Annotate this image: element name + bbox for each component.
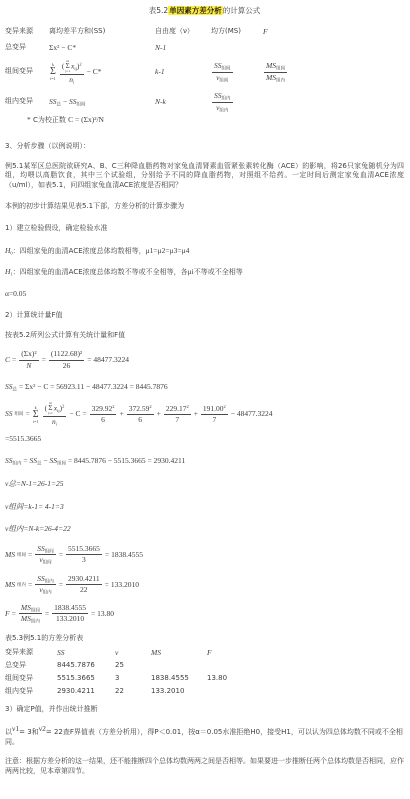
- outer-sum-symbol: kΣi=1: [50, 63, 56, 81]
- table52-title-highlight: 单因素方差分析: [168, 6, 223, 15]
- df-between: ν组间=k-1= 4-1=3: [5, 502, 404, 513]
- row-within-ms-formula: SS组内ν组内: [211, 91, 261, 113]
- table-cell-f: [207, 661, 404, 671]
- inner-sum-symbol: niΣj=1: [48, 402, 53, 416]
- formula-f-value: F= MS组间MS组内 = 1838.4555133.2010 =13.80: [5, 603, 404, 625]
- formula-correction-factor: C= (Σx)²N = (1122.68)²26 =48477.3224: [5, 349, 404, 371]
- col-header-ms: 均方(MS): [211, 27, 261, 37]
- table-cell-nu: 22: [115, 687, 151, 697]
- formula-ss-within: SS组内 = SS总 − SS组间 = 8445.7876 − 5515.366…: [5, 456, 404, 467]
- col-header-ss: 离均差平方和(SS): [49, 27, 153, 37]
- nu2-superscript: ν2: [39, 724, 46, 733]
- col-header-f: F: [207, 648, 404, 659]
- h1-hypothesis: H1：四组家兔的血清ACE浓度总体均数不等或不全相等，各μi不等或不全相等: [5, 267, 404, 278]
- col-header-nu: ν: [115, 648, 151, 659]
- correction-factor-note: * C为校正数 C = (Σx)²/N: [27, 115, 404, 126]
- row-total-df: N-1: [155, 43, 209, 54]
- table52-title-suffix: 的计算公式: [223, 6, 261, 15]
- table-row-label: 组内变异: [5, 687, 57, 697]
- step2-heading: 2）计算统计量F值: [5, 311, 404, 321]
- table-cell-ms: 1838.4555: [151, 674, 207, 684]
- table-cell-ms: [151, 661, 207, 671]
- col-header-ss: SS: [57, 648, 115, 659]
- col-header-source: 变异来源: [5, 27, 47, 37]
- formula-ms-between: MS组间= SS组间ν组间 = 5515.36653 =1838.4555: [5, 544, 404, 566]
- h0-hypothesis: H0：四组家兔的血清ACE浓度总体均数相等，μ1=μ2=μ3=μ4: [5, 246, 404, 257]
- table-cell-nu: 25: [115, 661, 151, 671]
- table-cell-ss: 8445.7876: [57, 661, 115, 671]
- row-between-df: k-1: [155, 67, 209, 78]
- formula-ss-total: SS总 = Σx² − C = 56923.11 − 48477.3224 = …: [5, 382, 404, 393]
- table-cell-ms: 133.2010: [151, 687, 207, 697]
- table-cell-ss: 5515.3665: [57, 674, 115, 684]
- alpha-level: α=0.05: [5, 289, 404, 300]
- row-between-ms-formula: SS组间ν组间: [211, 61, 261, 83]
- between-fraction: (niΣj=1xij)2 ni: [60, 60, 84, 86]
- col-header-f: F: [263, 27, 404, 38]
- table-cell-f: [207, 687, 404, 697]
- col-header-ms: MS: [151, 648, 207, 659]
- df-within: ν组内=N-k=26-4=22: [5, 524, 404, 535]
- section3-heading: 3、分析步骤（以例说明）：: [5, 142, 404, 152]
- df-total: ν总=N-1=26-1=25: [5, 479, 404, 490]
- step3-heading: 3）确定P值，并作出统计推断: [5, 705, 404, 715]
- example-paragraph: 例5.1某军区总医院欲研究A、B、C三种降血脂药物对家兔血清肾素血管紧张素转化酶…: [5, 162, 404, 191]
- step1-heading: 1）建立检验假设，确定检验水准: [5, 224, 404, 234]
- formula-ss-between-result: =5515.3665: [5, 434, 404, 445]
- note-paragraph: 注意：根据方差分析的这一结果，还不能推断四个总体均数两两之间是否相等。如果要进一…: [5, 757, 404, 777]
- row-within-df: N-k: [155, 97, 209, 108]
- table-row-label: 组间变异: [5, 674, 57, 684]
- table-cell-f: 13.80: [207, 674, 404, 684]
- formula-ss-between: SS组间= kΣi=1 (niΣj=1xij)2 ni − C = 329.92…: [5, 402, 404, 428]
- table52-title-prefix: 表5.2: [149, 6, 168, 15]
- inner-sum-symbol: niΣj=1: [65, 60, 70, 74]
- row-within-label: 组内变异: [5, 97, 47, 107]
- table52-title: 表5.2单因素方差分析的计算公式: [5, 6, 404, 17]
- col-header-source: 变异来源: [5, 648, 57, 659]
- col-header-df: 自由度（ν）: [155, 27, 209, 37]
- anova-result-table: 变异来源 SS ν MS F 总变异 8445.7876 25 组间变异 551…: [5, 648, 404, 697]
- table-row-label: 总变异: [5, 661, 57, 671]
- table-cell-ss: 2930.4211: [57, 687, 115, 697]
- table53-title: 表5.3例5.1的方差分析表: [5, 634, 404, 644]
- prelim-paragraph: 本例的初步计算结果见表5.1下部，方差分析的计算步骤为: [5, 202, 404, 212]
- row-between-label: 组间变异: [5, 67, 47, 77]
- conclusion-paragraph: 以ν1= 3和ν2= 22查F界值表（方差分析用），得P＜0.01，按α＝0.0…: [5, 725, 404, 748]
- table-cell-nu: 3: [115, 674, 151, 684]
- anova-formula-table: 变异来源 离均差平方和(SS) 自由度（ν） 均方(MS) F 总变异 Σx² …: [5, 27, 404, 114]
- row-between-ss-formula: kΣi=1 (niΣj=1xij)2 ni − C*: [49, 60, 153, 86]
- document-page: 表5.2单因素方差分析的计算公式 变异来源 离均差平方和(SS) 自由度（ν） …: [0, 0, 410, 799]
- row-total-label: 总变异: [5, 43, 47, 53]
- formula-ms-within: MS组内= SS组内ν组内 = 2930.421122 =133.2010: [5, 574, 404, 596]
- per-table-paragraph: 按表5.2所列公式计算有关统计量和F值: [5, 331, 404, 341]
- outer-sum-symbol: kΣi=1: [33, 406, 39, 424]
- row-within-ss-formula: SS总 − SS组间: [49, 97, 153, 108]
- row-between-f-formula: MS组间MS组内: [263, 61, 404, 83]
- row-total-ss-formula: Σx² − C*: [49, 43, 153, 54]
